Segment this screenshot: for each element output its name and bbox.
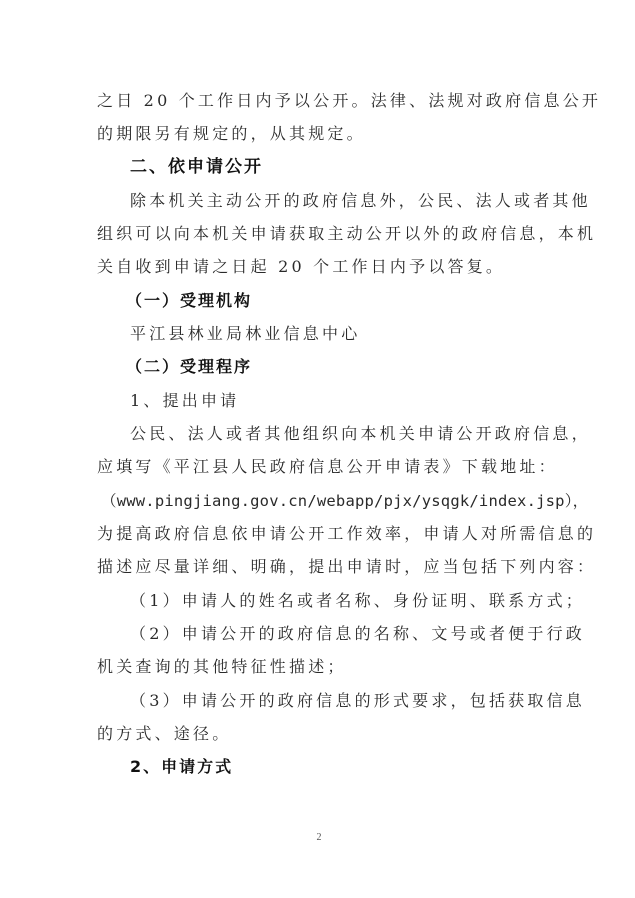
paragraph-line: 之日 20 个工作日内予以公开。法律、法规对政府信息公开 [97, 91, 545, 111]
paragraph-line: 应填写《平江县人民政府信息公开申请表》下载地址： [97, 457, 545, 477]
list-item: （2）申请公开的政府信息的名称、文号或者便于行政 [130, 624, 578, 644]
subsection-heading: （二）受理程序 [126, 357, 574, 377]
paragraph-line: 平江县林业局林业信息中心 [130, 324, 578, 344]
paragraph-line: 的期限另有规定的，从其规定。 [97, 124, 545, 144]
step-heading: 1、提出申请 [130, 391, 578, 411]
step-heading: 2、申请方式 [130, 757, 578, 777]
paragraph-line: 关自收到申请之日起 20 个工作日内予以答复。 [97, 257, 545, 277]
paragraph-line: 除本机关主动公开的政府信息外，公民、法人或者其他 [130, 191, 578, 211]
paragraph-line: 公民、法人或者其他组织向本机关申请公开政府信息， [130, 424, 578, 444]
list-item: （1）申请人的姓名或者名称、身份证明、联系方式； [130, 591, 578, 611]
paragraph-line: 的方式、途径。 [97, 724, 545, 744]
list-item: （3）申请公开的政府信息的形式要求，包括获取信息 [130, 691, 578, 711]
subsection-heading: （一）受理机构 [126, 291, 574, 311]
section-heading: 二、依申请公开 [130, 157, 578, 177]
paragraph-line: 组织可以向本机关申请获取主动公开以外的政府信息，本机 [97, 224, 545, 244]
download-url-line: （www.pingjiang.gov.cn/webapp/pjx/ysqgk/i… [101, 491, 549, 511]
page-number: 2 [313, 832, 325, 843]
document-page: 之日 20 个工作日内予以公开。法律、法规对政府信息公开 的期限另有规定的，从其… [0, 0, 635, 898]
paragraph-line: 为提高政府信息依申请公开工作效率，申请人对所需信息的 [97, 524, 545, 544]
paragraph-line: 机关查询的其他特征性描述； [97, 657, 545, 677]
paragraph-line: 描述应尽量详细、明确，提出申请时，应当包括下列内容： [97, 557, 545, 577]
